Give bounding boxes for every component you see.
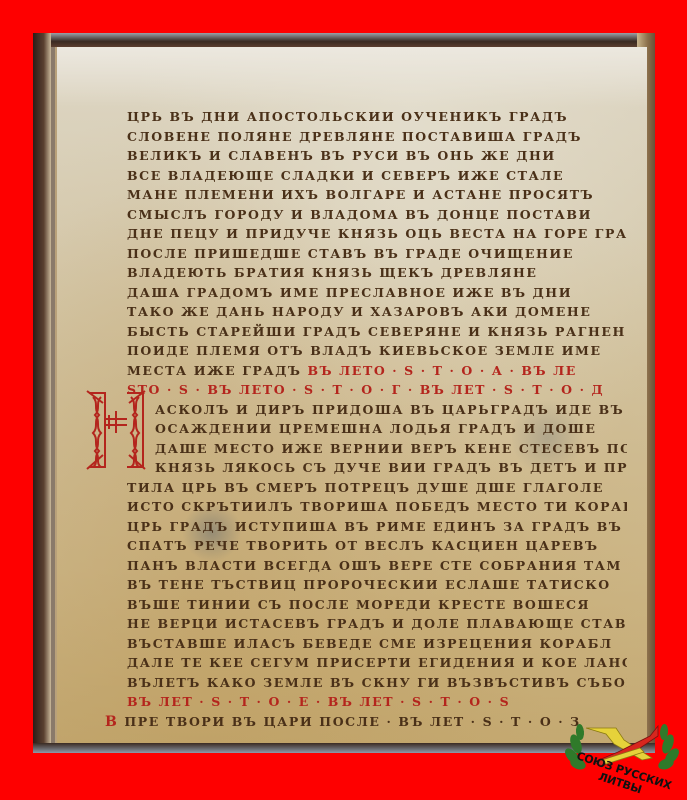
text-line: ПОИДЕ ПЛЕМЯ ОТЪ ВЛАДЪ КИЕВЬСКОЕ ЗЕМЛЕ ИМ…: [127, 341, 627, 361]
text-line: ВЕЛИКЪ И СЛАВЕНЪ ВЪ РУСИ ВЪ ОНЬ ЖЕ ДНИ: [127, 146, 627, 166]
text-line: ПОСЛЕ ПРИШЕДШЕ СТАВЪ ВЪ ГРАДЕ ОЧИЩЕНИЕ: [127, 244, 627, 264]
text-line: ТИЛА ЦРЬ ВЪ СМЕРЪ ПОТРЕЦЪ ДУШЕ ДШЕ ГЛАГО…: [127, 478, 627, 498]
rubric-initial: В: [105, 714, 118, 730]
text-line: ЦРЬ ВЪ ДНИ АПОСТОЛЬСКИИ ОУЧЕНИКЪ ГРАДЪ: [127, 107, 627, 127]
rubric-line: ВЪ ЛЕТ · Ѕ · Т · О · Е · ВЪ ЛЕТ · Ѕ · Т …: [127, 692, 627, 712]
binding-left: [33, 33, 51, 753]
text-line: ТАКО ЖЕ ДАНЬ НАРОДУ И ХАЗАРОВЪ АКИ ДОМЕН…: [127, 302, 627, 322]
text-line: СПАТЪ РЕЧЕ ТВОРИТЬ ОТ ВЕСЛЪ КАСЦИЕН ЦАРЕ…: [127, 536, 627, 556]
text-line: ВЪСТАВШЕ ИЛАСЪ БЕВЕДЕ СМЕ ИЗРЕЦЕНИЯ КОРА…: [127, 634, 627, 654]
text-line: АСКОЛЪ И ДИРЪ ПРИДОША ВЪ ЦАРЬГРАДЪ ИДЕ В…: [127, 400, 627, 420]
text-line: ДАША ГРАДОМЪ ИМЕ ПРЕСЛАВНОЕ ИЖЕ ВЪ ДНИ: [127, 283, 627, 303]
text-line: БЫСТЬ СТАРЕЙШИ ГРАДЪ СЕВЕРЯНЕ И КНЯЗЬ РА…: [127, 322, 627, 342]
text-line: ВЛАДЕЮТЬ БРАТИЯ КНЯЗЬ ЩЕКЪ ДРЕВЛЯНЕ: [127, 263, 627, 283]
text-line: КНЯЗЬ ЛЯКОСЬ СЪ ДУЧЕ ВИИ ГРАДЪ ВЪ ДЕТЪ И…: [127, 458, 627, 478]
text-segment: МЕСТА ИЖЕ ГРАДЪ: [127, 363, 302, 378]
text-line: ПАНЪ ВЛАСТИ ВСЕГДА ОШЪ ВЕРЕ СТЕ СОБРАНИЯ…: [127, 556, 627, 576]
text-line: ВСЕ ВЛАДЕЮЩЕ СЛАДКИ И СЕВЕРЪ ИЖЕ СТАЛЕ: [127, 166, 627, 186]
text-line-mixed: В ПРЕ ТВОРИ ВЪ ЦАРИ ПОСЛЕ · ВЪ ЛЕТ · Ѕ ·…: [105, 712, 627, 732]
text-line: ДНЕ ПЕЦУ И ПРИДУЧЕ КНЯЗЬ ОЦЬ ВЕСТА НА ГО…: [127, 224, 627, 244]
text-line: ВЪ ТЕНЕ ТЪСТВИЦ ПРОРОЧЕСКИИ ЕСЛАШЕ ТАТИС…: [127, 575, 627, 595]
text-segment: ПРЕ ТВОРИ ВЪ ЦАРИ ПОСЛЕ · ВЪ ЛЕТ · Ѕ · Т…: [124, 714, 580, 729]
text-line-mixed: МЕСТА ИЖЕ ГРАДЪ ВЪ ЛЕТО · Ѕ · Т · О · А …: [127, 361, 627, 381]
organization-logo: СОЮЗ РУССКИХ ЛИТВЫ: [562, 714, 682, 798]
rubric-line: ЅТО · Ѕ · ВЪ ЛЕТО · Ѕ · Т · О · Г · ВЪ Л…: [127, 380, 627, 400]
text-line: ОСАЖДЕНИИ ЦРЕМЕШНА ЛОДЬЯ ГРАДЪ И ДОШЕ: [127, 419, 627, 439]
text-line: СЛОВЕНЕ ПОЛЯНЕ ДРЕВЛЯНЕ ПОСТАВИША ГРАДЪ: [127, 127, 627, 147]
binding-top: [33, 33, 655, 47]
manuscript-text: ЦРЬ ВЪ ДНИ АПОСТОЛЬСКИИ ОУЧЕНИКЪ ГРАДЪ С…: [127, 107, 627, 731]
manuscript-book: ЦРЬ ВЪ ДНИ АПОСТОЛЬСКИИ ОУЧЕНИКЪ ГРАДЪ С…: [33, 33, 655, 753]
text-line: ВЪЛЕТЪ КАКО ЗЕМЛЕ ВЪ СКНУ ГИ ВЪЗВЪСТИВЪ …: [127, 673, 627, 693]
text-line: СМЫСЛЪ ГОРОДУ И ВЛАДОМА ВЪ ДОНЦЕ ПОСТАВИ: [127, 205, 627, 225]
text-line: НЕ ВЕРЦИ ИСТАСЕВЪ ГРАДЪ И ДОЛЕ ПЛАВАЮЩЕ …: [127, 614, 627, 634]
text-line: ИСТО СКРЪТИИЛЪ ТВОРИША ПОБЕДЪ МЕСТО ТИ К…: [127, 497, 627, 517]
manuscript-page: ЦРЬ ВЪ ДНИ АПОСТОЛЬСКИИ ОУЧЕНИКЪ ГРАДЪ С…: [55, 47, 647, 743]
text-line: МАНЕ ПЛЕМЕНИ ИХЪ ВОЛГАРЕ И АСТАНЕ ПРОСЯТ…: [127, 185, 627, 205]
text-line: ЦРЬ ГРАДЪ ИСТУПИША ВЪ РИМЕ ЕДИНЪ ЗА ГРАД…: [127, 517, 627, 537]
rubric-segment: ВЪ ЛЕТО · Ѕ · Т · О · А · ВЪ ЛЕ: [307, 363, 576, 378]
text-line: ВЪШЕ ТИНИИ СЪ ПОСЛЕ МОРЕДИ КРЕСТЕ ВОШЕСЯ: [127, 595, 627, 615]
text-line: ДАЛЕ ТЕ КЕЕ СЕГУМ ПРИСЕРТИ ЕГИДЕНИЯ И КО…: [127, 653, 627, 673]
text-line: ДАШЕ МЕСТО ИЖЕ ВЕРНИИ ВЕРЪ КЕНЕ СТЕСЕВЪ …: [127, 439, 627, 459]
